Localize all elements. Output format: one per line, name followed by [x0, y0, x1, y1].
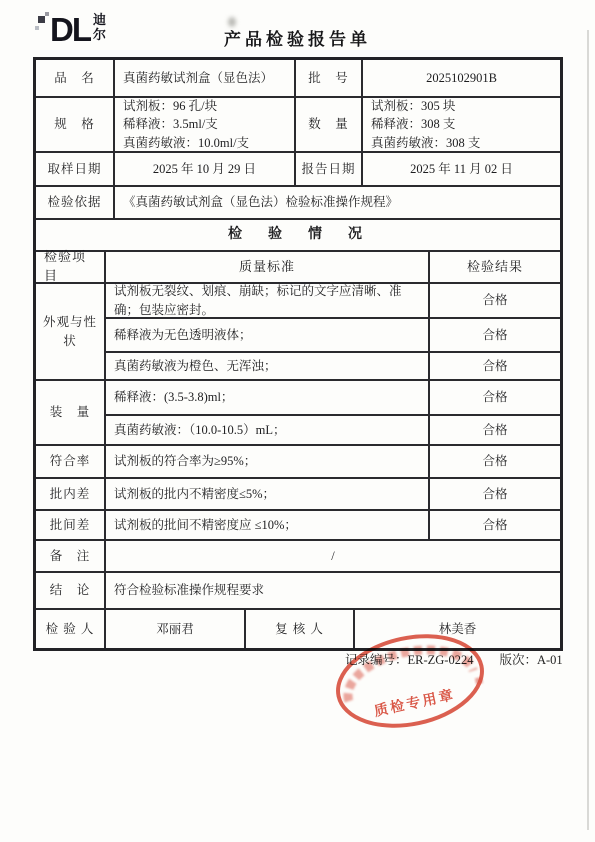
- standard-conformity: 试剂板的符合率为≥95%；: [106, 446, 430, 479]
- scan-artifact-line: [587, 30, 589, 830]
- version-number: 版次：A-01: [499, 650, 562, 668]
- result-intra-batch: 合格: [430, 479, 560, 511]
- inspection-banner: 检 验 情 况: [36, 220, 560, 252]
- conclusion-value: 符合检验标准操作规程要求: [106, 573, 560, 610]
- remark-conclusion-section: 备 注 / 结 论 符合检验标准操作规程要求: [36, 541, 560, 610]
- col-header-item: 检验项目: [36, 252, 106, 284]
- product-name-label: 品 名: [36, 60, 115, 98]
- conclusion-label: 结 论: [36, 573, 106, 610]
- sample-date-value: 2025 年 10 月 29 日: [115, 153, 296, 187]
- result-inter-batch: 合格: [430, 511, 560, 541]
- basis-value: 《真菌药敏试剂盒（显色法）检验标准操作规程》: [115, 187, 560, 220]
- result-volume-diluent: 合格: [430, 381, 560, 416]
- reviewer-name: 林美香: [355, 610, 560, 648]
- standard-inter-batch: 试剂板的批间不精密度应 ≤10%；: [106, 511, 430, 541]
- basic-info-section: 品 名 真菌药敏试剂盒（显色法） 批 号 2025102901B 规 格 试剂板…: [36, 60, 560, 187]
- spec-label: 规 格: [36, 98, 115, 153]
- inspector-name: 邓丽君: [106, 610, 246, 648]
- col-header-result: 检验结果: [430, 252, 560, 284]
- result-conformity: 合格: [430, 446, 560, 479]
- report-page: DL 迪 尔 产品检验报告单 品 名 真菌药敏试剂盒（显色法） 批 号 2025…: [0, 0, 595, 842]
- basis-label: 检验依据: [36, 187, 115, 220]
- standard-volume-liquid: 真菌药敏液：（10.0-10.5）mL；: [106, 416, 430, 446]
- quantity-value: 试剂板：305 块 稀释液：308 支 真菌药敏液：308 支: [363, 98, 560, 153]
- result-volume-liquid: 合格: [430, 416, 560, 446]
- quantity-label: 数 量: [296, 98, 363, 153]
- batch-no-label: 批 号: [296, 60, 363, 98]
- standard-appearance-plate: 试剂板无裂纹、划痕、崩缺；标记的文字应清晰、准确；包装应密封。: [106, 284, 430, 319]
- product-name-value: 真菌药敏试剂盒（显色法）: [115, 60, 296, 98]
- remark-label: 备 注: [36, 541, 106, 573]
- item-inter-batch-label: 批间差: [36, 511, 106, 541]
- spec-value: 试剂板：96 孔/块 稀释液：3.5ml/支 真菌药敏液：10.0ml/支: [115, 98, 296, 153]
- reviewer-label: 复 核 人: [246, 610, 355, 648]
- document-footer: 记录编号：ER-ZG-0224 版次：A-01: [345, 650, 535, 668]
- remark-value: /: [106, 541, 560, 573]
- report-date-label: 报告日期: [296, 153, 363, 187]
- result-appearance-plate: 合格: [430, 284, 560, 319]
- item-intra-batch-label: 批内差: [36, 479, 106, 511]
- item-volume-label: 装 量: [36, 381, 106, 446]
- inspector-label: 检 验 人: [36, 610, 106, 648]
- standard-appearance-liquid: 真菌药敏液为橙色、无浑浊；: [106, 353, 430, 381]
- batch-no-value: 2025102901B: [363, 60, 560, 98]
- standard-intra-batch: 试剂板的批内不精密度≤5%；: [106, 479, 430, 511]
- page-title: 产品检验报告单: [0, 25, 595, 50]
- standard-volume-diluent: 稀释液：(3.5-3.8)ml；: [106, 381, 430, 416]
- inspection-section-title: 检 验 情 况: [36, 220, 560, 252]
- sample-date-label: 取样日期: [36, 153, 115, 187]
- inspection-section: 检验项目 质量标准 检验结果 外观与性状 试剂板无裂纹、划痕、崩缺；标记的文字应…: [36, 252, 560, 541]
- report-date-value: 2025 年 11 月 02 日: [363, 153, 560, 187]
- signature-section: 检 验 人 邓丽君 复 核 人 林美香: [36, 610, 560, 648]
- item-appearance-label: 外观与性状: [36, 284, 106, 381]
- stamp-center-text: 质检专用章: [373, 686, 457, 720]
- basis-section: 检验依据 《真菌药敏试剂盒（显色法）检验标准操作规程》: [36, 187, 560, 220]
- result-appearance-diluent: 合格: [430, 319, 560, 353]
- result-appearance-liquid: 合格: [430, 353, 560, 381]
- standard-appearance-diluent: 稀释液为无色透明液体；: [106, 319, 430, 353]
- col-header-standard: 质量标准: [106, 252, 430, 284]
- report-table: 品 名 真菌药敏试剂盒（显色法） 批 号 2025102901B 规 格 试剂板…: [33, 57, 563, 651]
- record-number: 记录编号：ER-ZG-0224: [345, 650, 473, 668]
- item-conformity-label: 符合率: [36, 446, 106, 479]
